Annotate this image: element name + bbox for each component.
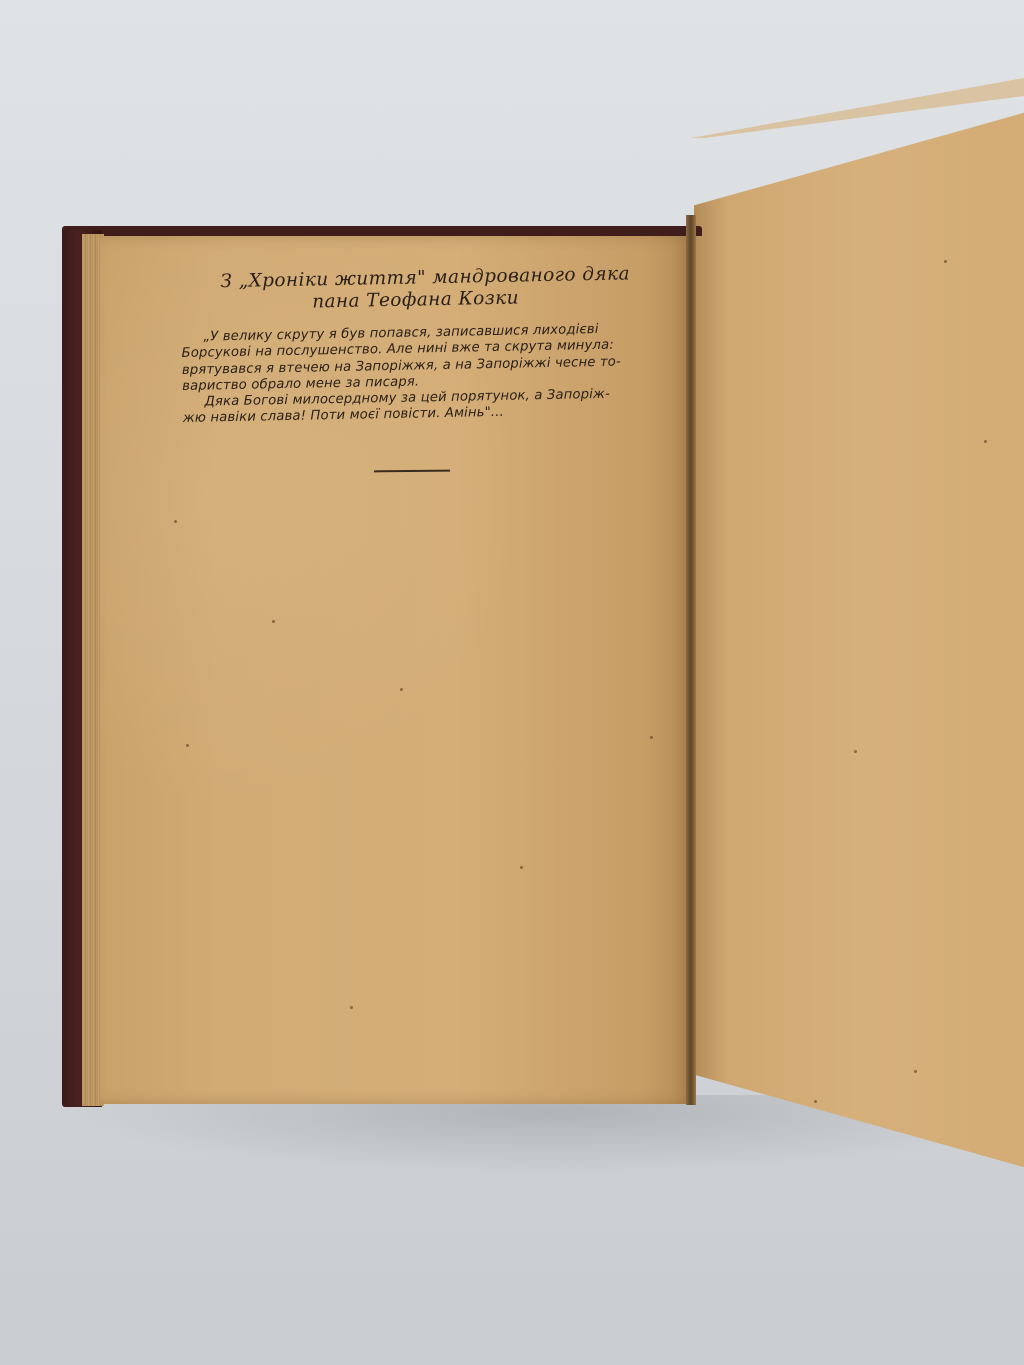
paper-speck <box>186 744 189 747</box>
book-cover-top-edge <box>62 226 702 236</box>
paper-speck <box>914 1070 917 1073</box>
book-gutter <box>686 215 696 1105</box>
paper-speck <box>854 750 857 753</box>
paper-speck <box>272 620 275 623</box>
chapter-heading: З „Хроніки життя" мандрованого дяка пана… <box>180 263 651 316</box>
paper-speck <box>350 1006 353 1009</box>
paper-speck <box>520 866 523 869</box>
paper-speck <box>984 440 987 443</box>
paper-speck <box>174 520 177 523</box>
paper-speck <box>400 688 403 691</box>
body-paragraph: „У велику скруту я був попався, записавш… <box>181 321 653 428</box>
paper-speck <box>650 736 653 739</box>
paper-speck <box>944 260 947 263</box>
right-page <box>694 110 1024 1170</box>
paper-speck <box>814 1100 817 1103</box>
page-text-block: З „Хроніки життя" мандрованого дяка пана… <box>180 263 653 428</box>
